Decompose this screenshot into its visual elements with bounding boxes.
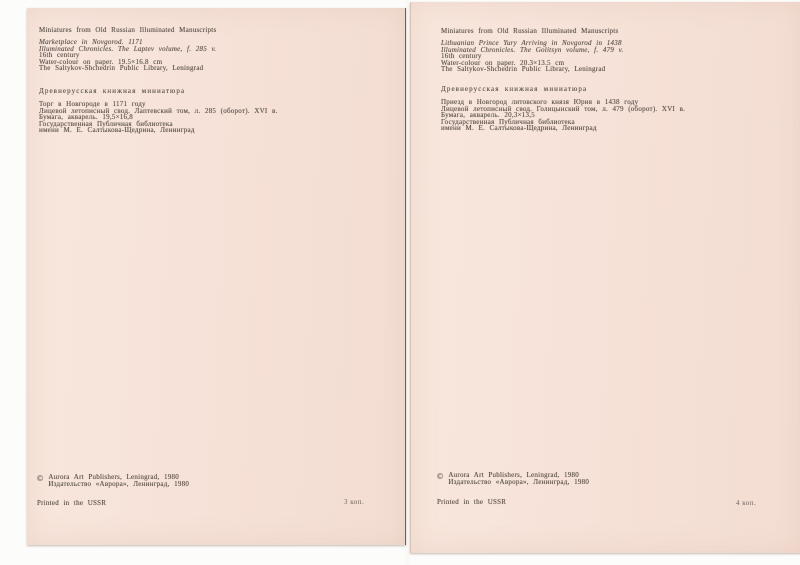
- russian-caption-block: Древнерусская книжная миниатюра Приезд в…: [441, 86, 685, 131]
- series-title-en: Miniatures from Old Russian Illuminated …: [39, 27, 216, 33]
- english-caption-block: Miniatures from Old Russian Illuminated …: [39, 27, 216, 71]
- series-title-ru: Древнерусская книжная миниатюра: [441, 86, 685, 92]
- collection-en: The Saltykov-Shchedrin Public Library, L…: [441, 66, 623, 72]
- collection-ru-line2: имени М. Е. Салтыкова-Щедрина, Ленинград: [441, 125, 685, 131]
- publisher-ru: Издательство «Аврора», Ленинград, 1980: [48, 481, 189, 488]
- postcard-back-right: Miniatures from Old Russian Illuminated …: [410, 2, 800, 553]
- copyright-icon: ©: [37, 475, 43, 483]
- series-title-en: Miniatures from Old Russian Illuminated …: [441, 28, 623, 34]
- price-label: 3 коп.: [344, 498, 364, 506]
- printed-in-ussr: Printed in the USSR: [37, 499, 106, 507]
- russian-caption-block: Древнерусская книжная миниатюра Торг в Н…: [39, 88, 278, 133]
- english-caption-block: Miniatures from Old Russian Illuminated …: [441, 28, 623, 72]
- printed-in-ussr: Printed in the USSR: [437, 498, 506, 506]
- publisher-ru: Издательство «Аврора», Ленинград, 1980: [448, 479, 589, 486]
- collection-ru-line2: имени М. Е. Салтыкова-Щедрина, Ленинград: [39, 127, 278, 133]
- collection-en: The Saltykov-Shchedrin Public Library, L…: [39, 65, 216, 71]
- publisher-imprint: © Aurora Art Publishers, Leningrad, 1980…: [437, 472, 589, 486]
- copyright-icon: ©: [437, 473, 443, 481]
- publisher-imprint: © Aurora Art Publishers, Leningrad, 1980…: [37, 474, 189, 488]
- postcard-back-left: Miniatures from Old Russian Illuminated …: [27, 8, 406, 545]
- series-title-ru: Древнерусская книжная миниатюра: [39, 88, 278, 94]
- price-label: 4 коп.: [736, 499, 756, 507]
